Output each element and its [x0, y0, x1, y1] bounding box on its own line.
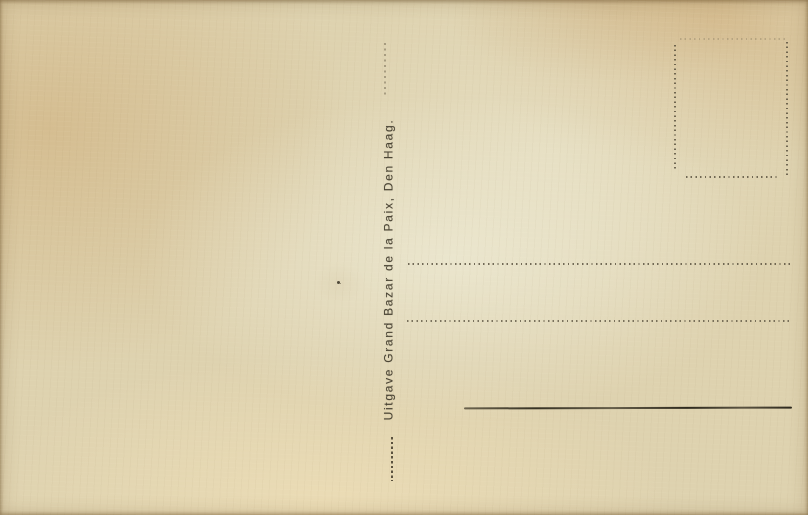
ink-speck — [337, 281, 340, 284]
stamp-box — [674, 38, 788, 178]
stamp-box-bottom-border — [686, 176, 778, 178]
divider-bottom-dash-mark — [391, 437, 393, 481]
stamp-box-right-border — [786, 42, 788, 178]
address-line-1 — [408, 263, 792, 265]
stamp-box-top-border — [680, 38, 786, 40]
stamp-box-left-border — [674, 45, 676, 172]
publisher-imprint: Uitgave Grand Bazar de la Paix, Den Haag… — [382, 105, 397, 435]
postcard-scan: Uitgave Grand Bazar de la Paix, Den Haag… — [0, 0, 808, 515]
divider-top-dash-mark — [384, 43, 386, 95]
address-line-2 — [407, 320, 792, 322]
